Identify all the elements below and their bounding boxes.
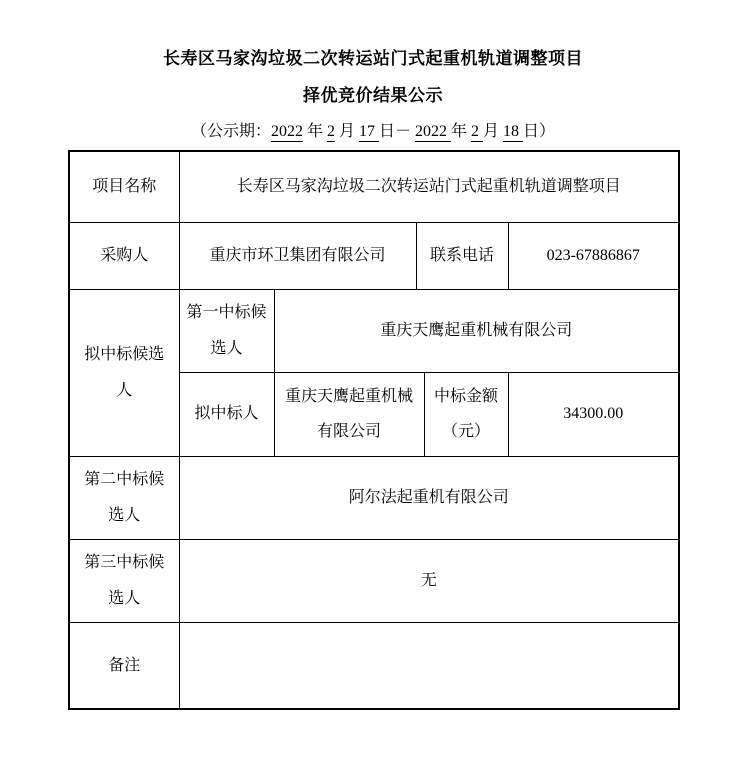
period-prefix: （公示期： bbox=[191, 123, 271, 140]
remarks-label-cell: 备注 bbox=[69, 622, 179, 709]
table-row: 第二中标候选人 阿尔法起重机有限公司 bbox=[69, 456, 679, 539]
period-start-year: 2022 bbox=[271, 123, 303, 142]
proposed-winner-value-cell: 重庆天鹰起重机械有限公司 bbox=[274, 372, 424, 456]
period-start-year-unit: 年 bbox=[303, 123, 327, 140]
result-table: 项目名称 长寿区马家沟垃圾二次转运站门式起重机轨道调整项目 采购人 重庆市环卫集… bbox=[68, 150, 680, 710]
winning-amount-label-cell: 中标金额（元） bbox=[424, 372, 508, 456]
period-end-year-unit: 年 bbox=[451, 123, 471, 140]
second-candidate-label-cell: 第二中标候选人 bbox=[69, 456, 179, 539]
period-end-month-unit: 月 bbox=[483, 123, 503, 140]
project-name-value-cell: 长寿区马家沟垃圾二次转运站门式起重机轨道调整项目 bbox=[179, 151, 679, 222]
remarks-value-cell bbox=[179, 622, 679, 709]
period-end-year: 2022 bbox=[415, 123, 451, 142]
project-name-label-cell: 项目名称 bbox=[69, 151, 179, 222]
publicity-period: （公示期：2022 年 2 月 17 日－ 2022 年 2 月 18 日） bbox=[0, 121, 746, 142]
period-start-month: 2 bbox=[327, 123, 335, 142]
notice-document: 长寿区马家沟垃圾二次转运站门式起重机轨道调整项目 择优竞价结果公示 （公示期：2… bbox=[0, 0, 746, 771]
period-end-day-unit-suffix: 日） bbox=[523, 123, 555, 140]
third-candidate-label-cell: 第三中标候选人 bbox=[69, 539, 179, 622]
purchaser-value-cell: 重庆市环卫集团有限公司 bbox=[179, 222, 416, 289]
table-row: 备注 bbox=[69, 622, 679, 709]
winning-amount-value-cell: 34300.00 bbox=[508, 372, 679, 456]
third-candidate-value-cell: 无 bbox=[179, 539, 679, 622]
period-start-day: 17 bbox=[359, 123, 379, 142]
page-title-line2: 择优竞价结果公示 bbox=[0, 85, 746, 107]
proposed-winner-label-cell: 拟中标人 bbox=[179, 372, 274, 456]
table-row: 第三中标候选人 无 bbox=[69, 539, 679, 622]
period-start-month-unit: 月 bbox=[335, 123, 359, 140]
period-start-day-unit-dash: 日－ bbox=[379, 123, 415, 140]
contact-phone-value-cell: 023-67886867 bbox=[508, 222, 679, 289]
table-row: 项目名称 长寿区马家沟垃圾二次转运站门式起重机轨道调整项目 bbox=[69, 151, 679, 222]
contact-phone-label-cell: 联系电话 bbox=[416, 222, 508, 289]
table-row: 采购人 重庆市环卫集团有限公司 联系电话 023-67886867 bbox=[69, 222, 679, 289]
period-end-day: 18 bbox=[503, 123, 523, 142]
table-row: 拟中标候选人 第一中标候选人 重庆天鹰起重机械有限公司 bbox=[69, 289, 679, 372]
first-candidate-value-cell: 重庆天鹰起重机械有限公司 bbox=[274, 289, 679, 372]
first-candidate-label-cell: 第一中标候选人 bbox=[179, 289, 274, 372]
candidates-group-label-cell: 拟中标候选人 bbox=[69, 289, 179, 456]
purchaser-label-cell: 采购人 bbox=[69, 222, 179, 289]
page-title-line1: 长寿区马家沟垃圾二次转运站门式起重机轨道调整项目 bbox=[0, 0, 746, 70]
period-end-month: 2 bbox=[471, 123, 483, 142]
second-candidate-value-cell: 阿尔法起重机有限公司 bbox=[179, 456, 679, 539]
